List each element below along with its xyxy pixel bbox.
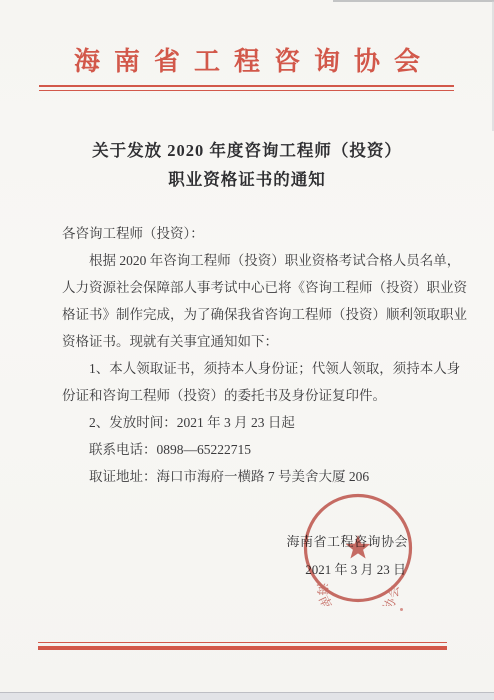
- scan-edge-top: [333, 0, 494, 2]
- salutation: 各咨询工程师（投资）：: [62, 220, 444, 247]
- notice-title-line-1: 关于发放 2020 年度咨询工程师（投资）: [0, 136, 494, 165]
- letterhead-org-name: 海南省工程咨询协会: [0, 41, 494, 78]
- notice-title-line-2: 职业资格证书的通知: [0, 165, 494, 194]
- official-seal: 海南省工程咨询协会: [300, 490, 416, 606]
- seal-ink-speck: [400, 608, 403, 611]
- paragraph-line: 根据 2020 年咨询工程师（投资）职业资格考试合格人员名单，: [62, 247, 444, 274]
- list-item-2: 2、发放时间：2021 年 3 月 23 日起: [62, 409, 444, 436]
- seal-arc-text: 海南省工程咨询协会: [315, 582, 402, 606]
- list-item-1-line: 份证和咨询工程师（投资）的委托书及身份证复印件。: [62, 382, 444, 409]
- letterhead-rule-thick: [39, 85, 454, 88]
- contact-phone: 联系电话：0898—65222715: [62, 436, 444, 463]
- notice-title: 关于发放 2020 年度咨询工程师（投资） 职业资格证书的通知: [0, 136, 494, 194]
- paragraph-line: 人力资源社会保障部人事考试中心已将《咨询工程师（投资）职业资: [62, 274, 444, 301]
- pickup-address: 取证地址：海口市海府一横路 7 号美舍大厦 206: [62, 463, 444, 490]
- footer-rule-thick: [38, 646, 447, 650]
- letterhead-rule-thin: [39, 90, 454, 91]
- scanned-notice-page: 海南省工程咨询协会 关于发放 2020 年度咨询工程师（投资） 职业资格证书的通…: [0, 0, 494, 700]
- seal-star-icon: [346, 535, 371, 559]
- list-item-1-line: 1、本人领取证书，须持本人身份证；代领人领取，须持本人身: [62, 355, 444, 382]
- notice-body: 各咨询工程师（投资）： 根据 2020 年咨询工程师（投资）职业资格考试合格人员…: [62, 220, 444, 490]
- footer-rule-thin: [38, 642, 447, 643]
- scan-edge-bottom: [0, 692, 494, 700]
- paragraph-line: 格证书》制作完成，为了确保我省咨询工程师（投资）顺利领取职业: [62, 301, 444, 328]
- paragraph-line: 资格证书。现就有关事宜通知如下：: [62, 328, 444, 355]
- svg-text:海南省工程咨询协会: 海南省工程咨询协会: [315, 582, 402, 606]
